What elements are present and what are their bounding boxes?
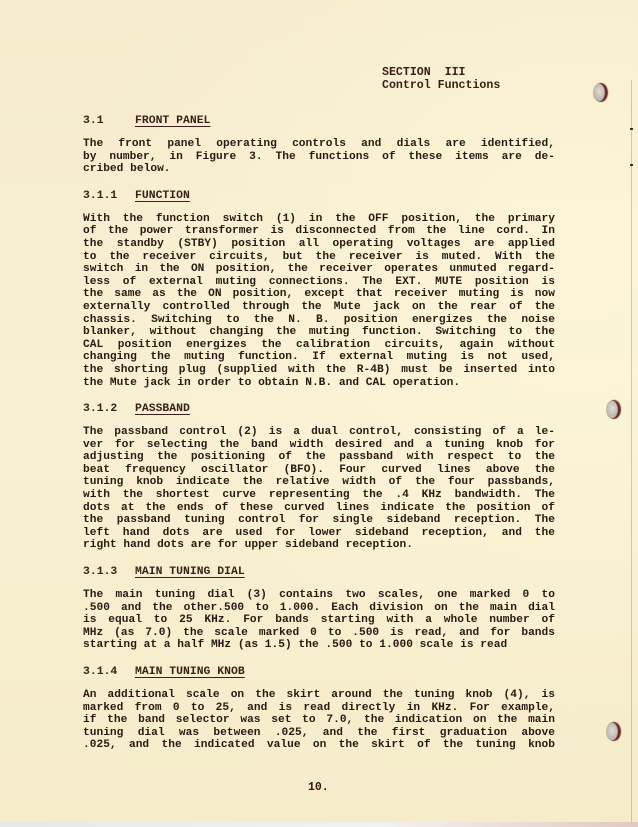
- binder-hole-middle: [606, 400, 620, 419]
- document-page: SECTION III Control Functions 3.1FRONT P…: [0, 0, 638, 827]
- edge-mark: [630, 164, 633, 166]
- section-number: 3.1.2: [83, 402, 135, 416]
- text-line: changing the muting function. If externa…: [83, 351, 555, 364]
- section-3-1-2: 3.1.2PASSBANDThe passband control (2) is…: [83, 402, 555, 552]
- text-line: The front panel operating controls and d…: [83, 138, 555, 151]
- section-paragraph: The passband control (2) is a dual contr…: [83, 426, 555, 552]
- text-line: An additional scale on the skirt around …: [83, 689, 555, 702]
- text-line: tuning knob indicate the relative width …: [83, 476, 555, 489]
- text-line: is equal to 25 KHz. For bands starting w…: [83, 614, 555, 627]
- section-paragraph: The front panel operating controls and d…: [83, 138, 555, 176]
- text-line: The main tuning dial (3) contains two sc…: [83, 589, 555, 602]
- binder-hole-top: [593, 83, 607, 102]
- text-line: blanker, without changing the muting fun…: [83, 326, 555, 339]
- text-line: adjusting the positioning of the passban…: [83, 451, 555, 464]
- section-number: 3.1: [83, 114, 135, 128]
- section-header: SECTION III Control Functions: [382, 66, 500, 92]
- text-line: CAL position energizes the calibration c…: [83, 339, 555, 352]
- text-line: left hand dots are used for lower sideba…: [83, 527, 555, 540]
- section-3-1-1: 3.1.1FUNCTIONWith the function switch (1…: [83, 189, 555, 389]
- section-number: 3.1.3: [83, 565, 135, 579]
- text-line: to the receiver circuits, but the receiv…: [83, 251, 555, 264]
- section-paragraph: An additional scale on the skirt around …: [83, 689, 555, 752]
- binder-hole-bottom: [606, 722, 620, 741]
- text-line: of the power transformer is disconnected…: [83, 225, 555, 238]
- text-line: .025, and the indicated value on the ski…: [83, 739, 555, 752]
- text-line: less of external muting connections. The…: [83, 276, 555, 289]
- section-title: FUNCTION: [135, 189, 190, 203]
- section-number: 3.1.1: [83, 189, 135, 203]
- text-line: dots at the ends of these curved lines i…: [83, 502, 555, 515]
- text-line: chassis. Switching to the N. B. position…: [83, 314, 555, 327]
- text-line: marked from 0 to 25, and is read directl…: [83, 702, 555, 715]
- text-line: ver for selecting the band width desired…: [83, 439, 555, 452]
- section-3-1-3: 3.1.3MAIN TUNING DIALThe main tuning dia…: [83, 565, 555, 652]
- text-line: the passband tuning control for single s…: [83, 514, 555, 527]
- text-line: the Mute jack in order to obtain N.B. an…: [83, 377, 555, 390]
- text-line: externally controlled through the Mute j…: [83, 301, 555, 314]
- section-heading: 3.1.2PASSBAND: [83, 402, 555, 416]
- section-title: FRONT PANEL: [135, 114, 210, 128]
- text-line: with the shortest curve representing the…: [83, 489, 555, 502]
- text-line: tuning dial was between .025, and the fi…: [83, 727, 555, 740]
- text-line: the shorting plug (supplied with the R-4…: [83, 364, 555, 377]
- text-line: if the band selector was set to 7.0, the…: [83, 714, 555, 727]
- section-paragraph: With the function switch (1) in the OFF …: [83, 213, 555, 389]
- section-heading: 3.1.4MAIN TUNING KNOB: [83, 665, 555, 679]
- section-number: 3.1.4: [83, 665, 135, 679]
- text-line: .500 and the other.500 to 1.000. Each di…: [83, 602, 555, 615]
- text-line: switch in the ON position, the receiver …: [83, 263, 555, 276]
- section-title: PASSBAND: [135, 402, 190, 416]
- text-line: right hand dots are for upper sideband r…: [83, 539, 555, 552]
- section-heading: 3.1.1FUNCTION: [83, 189, 555, 203]
- text-line: the standby (STBY) position all operatin…: [83, 238, 555, 251]
- page-edge-line: [631, 80, 632, 827]
- text-line: beat frequency oscillator (BFO). Four cu…: [83, 464, 555, 477]
- text-line: The passband control (2) is a dual contr…: [83, 426, 555, 439]
- text-line: the same as the ON position, except that…: [83, 288, 555, 301]
- document-body: 3.1FRONT PANELThe front panel operating …: [83, 114, 555, 765]
- section-paragraph: The main tuning dial (3) contains two sc…: [83, 589, 555, 652]
- section-title: MAIN TUNING KNOB: [135, 665, 245, 679]
- text-line: starting at a half MHz (as 1.5) the .500…: [83, 639, 555, 652]
- scan-bottom-edge: [0, 822, 638, 827]
- section-subtitle: Control Functions: [382, 79, 500, 92]
- section-heading: 3.1FRONT PANEL: [83, 114, 555, 128]
- section-3-1-4: 3.1.4MAIN TUNING KNOBAn additional scale…: [83, 665, 555, 752]
- page-number: 10.: [308, 781, 329, 794]
- text-line: With the function switch (1) in the OFF …: [83, 213, 555, 226]
- text-line: by number, in Figure 3. The functions of…: [83, 151, 555, 164]
- text-line: cribed below.: [83, 163, 555, 176]
- section-heading: 3.1.3MAIN TUNING DIAL: [83, 565, 555, 579]
- section-3-1: 3.1FRONT PANELThe front panel operating …: [83, 114, 555, 176]
- section-title: MAIN TUNING DIAL: [135, 565, 245, 579]
- text-line: MHz (as 7.0) the scale marked 0 to .500 …: [83, 627, 555, 640]
- section-label: SECTION III: [382, 66, 500, 79]
- edge-mark: [630, 128, 633, 130]
